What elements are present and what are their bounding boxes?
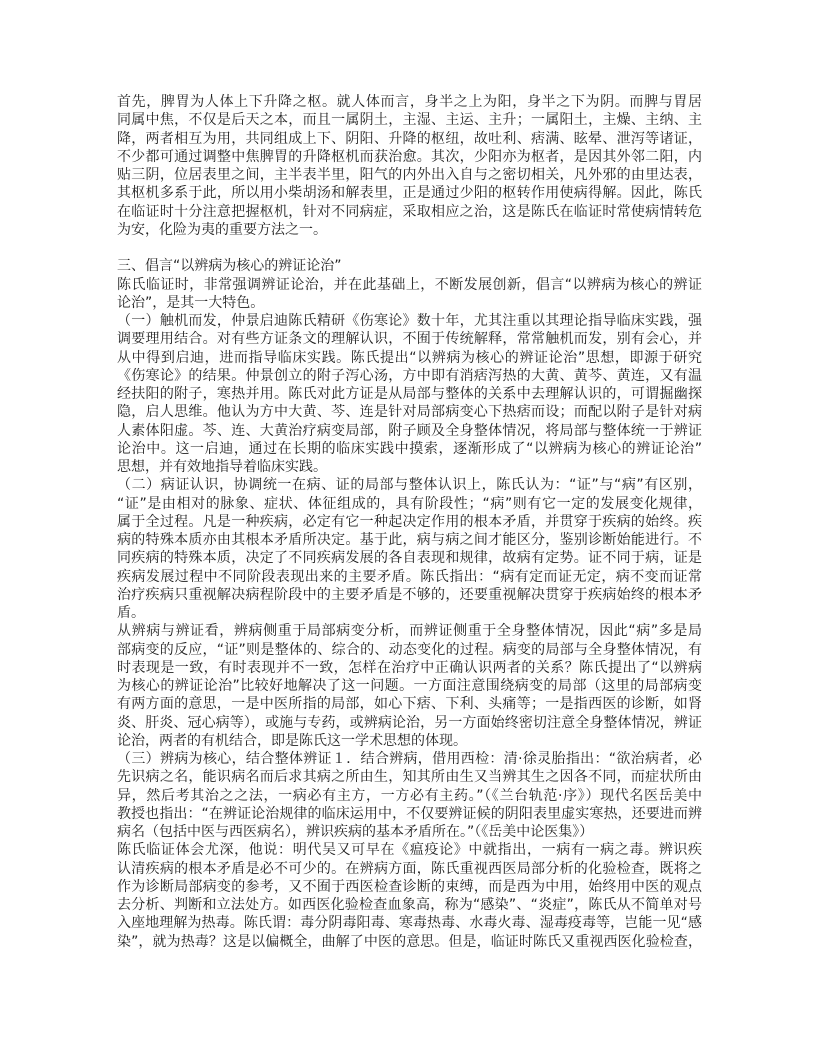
text-line: 同疾病的特殊本质，决定了不同疾病发展的各自表现和规律，故病有定势。证不同于病，证… bbox=[117, 549, 702, 567]
text-line: 部病变的反应，“证”则是整体的、综合的、动态变化的过程。病变的局部与全身整体情况… bbox=[117, 641, 702, 659]
text-line: 治疗疾病只重视解决病程阶段中的主要矛盾是不够的，还要重视解决贯穿于疾病始终的根本… bbox=[117, 586, 702, 604]
text-line: 陈氏临证时，非常强调辨证论治，并在此基础上，不断发展创新，倡言“以辨病为核心的辨… bbox=[117, 276, 702, 294]
text-line: 贴三阴，位居表里之间，主半表半里，阳气的内外出入自与之密切相关，凡外邪的由里达表… bbox=[117, 166, 702, 184]
text-line: 论治，两者的有机结合，即是陈氏这一学术思想的体现。 bbox=[117, 732, 702, 750]
text-line: 陈氏临证体会尤深，他说：明代吴又可早在《瘟疫论》中就指出，一病有一病之毒。辨识疾… bbox=[117, 841, 702, 859]
text-line: 有两方面的意思，一是中医所指的局部，如心下痞、下利、头痛等；一是指西医的诊断，如… bbox=[117, 695, 702, 713]
text-line: 去分析、判断和立法处方。如西医化验检查血象高，称为“感染”、“炎症”，陈氏从不简… bbox=[117, 896, 702, 914]
text-line: 病的特殊本质亦由其根本矛盾所决定。基于此，病与病之间才能区分，鉴别诊断始能进行。… bbox=[117, 531, 702, 549]
text-line: 为核心的辨证论治”比较好地解决了这一问题。一方面注意围绕病变的局部（这里的局部病… bbox=[117, 677, 702, 695]
document-page: 首先，脾胃为人体上下升降之枢。就人体而言，身半之上为阳，身半之下为阴。而脾与胃居… bbox=[0, 0, 816, 1056]
text-line: 人素体阳虚。芩、连、大黄治疗病变局部，附子顾及全身整体情况，将局部与整体统一于辨… bbox=[117, 422, 702, 440]
text-line: 调要理用结合。对有些方证条文的理解认识，不囿于传统解释，常常触机而发，别有会心，… bbox=[117, 330, 702, 348]
text-line: 从中得到启迪，进而指导临床实践。陈氏提出“以辨病为核心的辨证论治”思想，即源于研… bbox=[117, 349, 702, 367]
text-line: 作为诊断局部病变的参考，又不囿于西医检查诊断的束缚，而是西为中用，始终用中医的观… bbox=[117, 878, 702, 896]
text-line: 在临证时十分注意把握枢机，针对不同病症，采取相应之治，这是陈氏在临证时常使病情转… bbox=[117, 203, 702, 221]
heading-line: 三、倡言“以辨病为核心的辨证论治” bbox=[117, 257, 702, 275]
text-line: 染”，就为热毒？这是以偏概全，曲解了中医的意思。但是，临证时陈氏又重视西医化验检… bbox=[117, 933, 702, 951]
text-line: 时表现是一致，有时表现并不一致，怎样在治疗中正确认识两者的关系？陈氏提出了“以辨… bbox=[117, 659, 702, 677]
text-line: 论治中。这一启迪，通过在长期的临床实践中摸索，逐渐形成了“以辨病为核心的辨证论治… bbox=[117, 440, 702, 458]
text-line: 论治”，是其一大特色。 bbox=[117, 294, 702, 312]
text-line: 先识病之名，能识病名而后求其病之所由生，知其所由生又当辨其生之因各不同，而症状所… bbox=[117, 768, 702, 786]
text-line: 认清疾病的根本矛盾是必不可少的。在辨病方面，陈氏重视西医局部分析的化验检查，既将… bbox=[117, 860, 702, 878]
text-line: 教授也指出：“在辨证论治规律的临床运用中，不仅要辨证候的阴阳表里虚实寒热，还要进… bbox=[117, 805, 702, 823]
text-line: 首先，脾胃为人体上下升降之枢。就人体而言，身半之上为阳，身半之下为阴。而脾与胃居… bbox=[117, 93, 702, 111]
text-line: “证”是由相对的脉象、症状、体征组成的，具有阶段性；“病”则有它一定的发展变化规… bbox=[117, 495, 702, 513]
text-line: 其枢机多系于此，所以用小柴胡汤和解表里，正是通过少阳的枢转作用使病得解。因此，陈… bbox=[117, 184, 702, 202]
text-line: （三）辨病为核心，结合整体辨证１．结合辨病，借用西检：清·徐灵胎指出：“欲治病者… bbox=[117, 750, 702, 768]
text-line: 疾病发展过程中不同阶段表现出来的主要矛盾。陈氏指出：“病有定而证无定，病不变而证… bbox=[117, 568, 702, 586]
text-line: 隐，启人思维。他认为方中大黄、芩、连是针对局部病变心下热痞而设；而配以附子是针对… bbox=[117, 403, 702, 421]
text-line: （一）触机而发，仲景启迪陈氏精研《伤寒论》数十年，尤其注重以其理论指导临床实践，… bbox=[117, 312, 702, 330]
text-line: 不少都可通过调整中焦脾胃的升降枢机而获治愈。其次，少阳亦为枢者，是因其外邻二阳，… bbox=[117, 148, 702, 166]
text-line: 《伤寒论》的结果。仲景创立的附子泻心汤，方中即有消痞泻热的大黄、黄芩、黄连，又有… bbox=[117, 367, 702, 385]
text-line: 病名（包括中医与西医病名），辨识疾病的基本矛盾所在。”（《岳美中论医集》） bbox=[117, 823, 702, 841]
text-line: 炎、肝炎、冠心病等），或施与专药，或辨病论治，另一方面始终密切注意全身整体情况，… bbox=[117, 714, 702, 732]
blank-line bbox=[117, 239, 702, 257]
text-line: 思想，并有效地指导着临床实践。 bbox=[117, 458, 702, 476]
text-line: 异，然后考其治之之法，一病必有主方，一方必有主药。”（《兰台轨范·序》）现代名医… bbox=[117, 787, 702, 805]
text-line: （二）病证认识，协调统一在病、证的局部与整体认识上，陈氏认为：“证”与“病”有区… bbox=[117, 476, 702, 494]
text-line: 降，两者相互为用，共同组成上下、阴阳、升降的枢纽，故吐利、痞满、眩晕、泄泻等诸证… bbox=[117, 130, 702, 148]
document-text-body: 首先，脾胃为人体上下升降之枢。就人体而言，身半之上为阳，身半之下为阴。而脾与胃居… bbox=[117, 93, 702, 951]
text-line: 同属中焦，不仅是后天之本，而且一属阴土，主湿、主运、主升；一属阳土，主燥、主纳、… bbox=[117, 111, 702, 129]
text-line: 为安，化险为夷的重要方法之一。 bbox=[117, 221, 702, 239]
text-line: 入座地理解为热毒。陈氏谓：毒分阴毒阳毒、寒毒热毒、水毒火毒、湿毒疫毒等，岂能一见… bbox=[117, 914, 702, 932]
text-line: 经扶阳的附子，寒热并用。陈氏对此方证是从局部与整体的关系中去理解认识的，可谓掘幽… bbox=[117, 385, 702, 403]
text-line: 属于全过程。凡是一种疾病，必定有它一种起决定作用的根本矛盾，并贯穿于疾病的始终。… bbox=[117, 513, 702, 531]
text-line: 盾。 bbox=[117, 604, 702, 622]
text-line: 从辨病与辨证看，辨病侧重于局部病变分析，而辨证侧重于全身整体情况，因此“病”多是… bbox=[117, 622, 702, 640]
